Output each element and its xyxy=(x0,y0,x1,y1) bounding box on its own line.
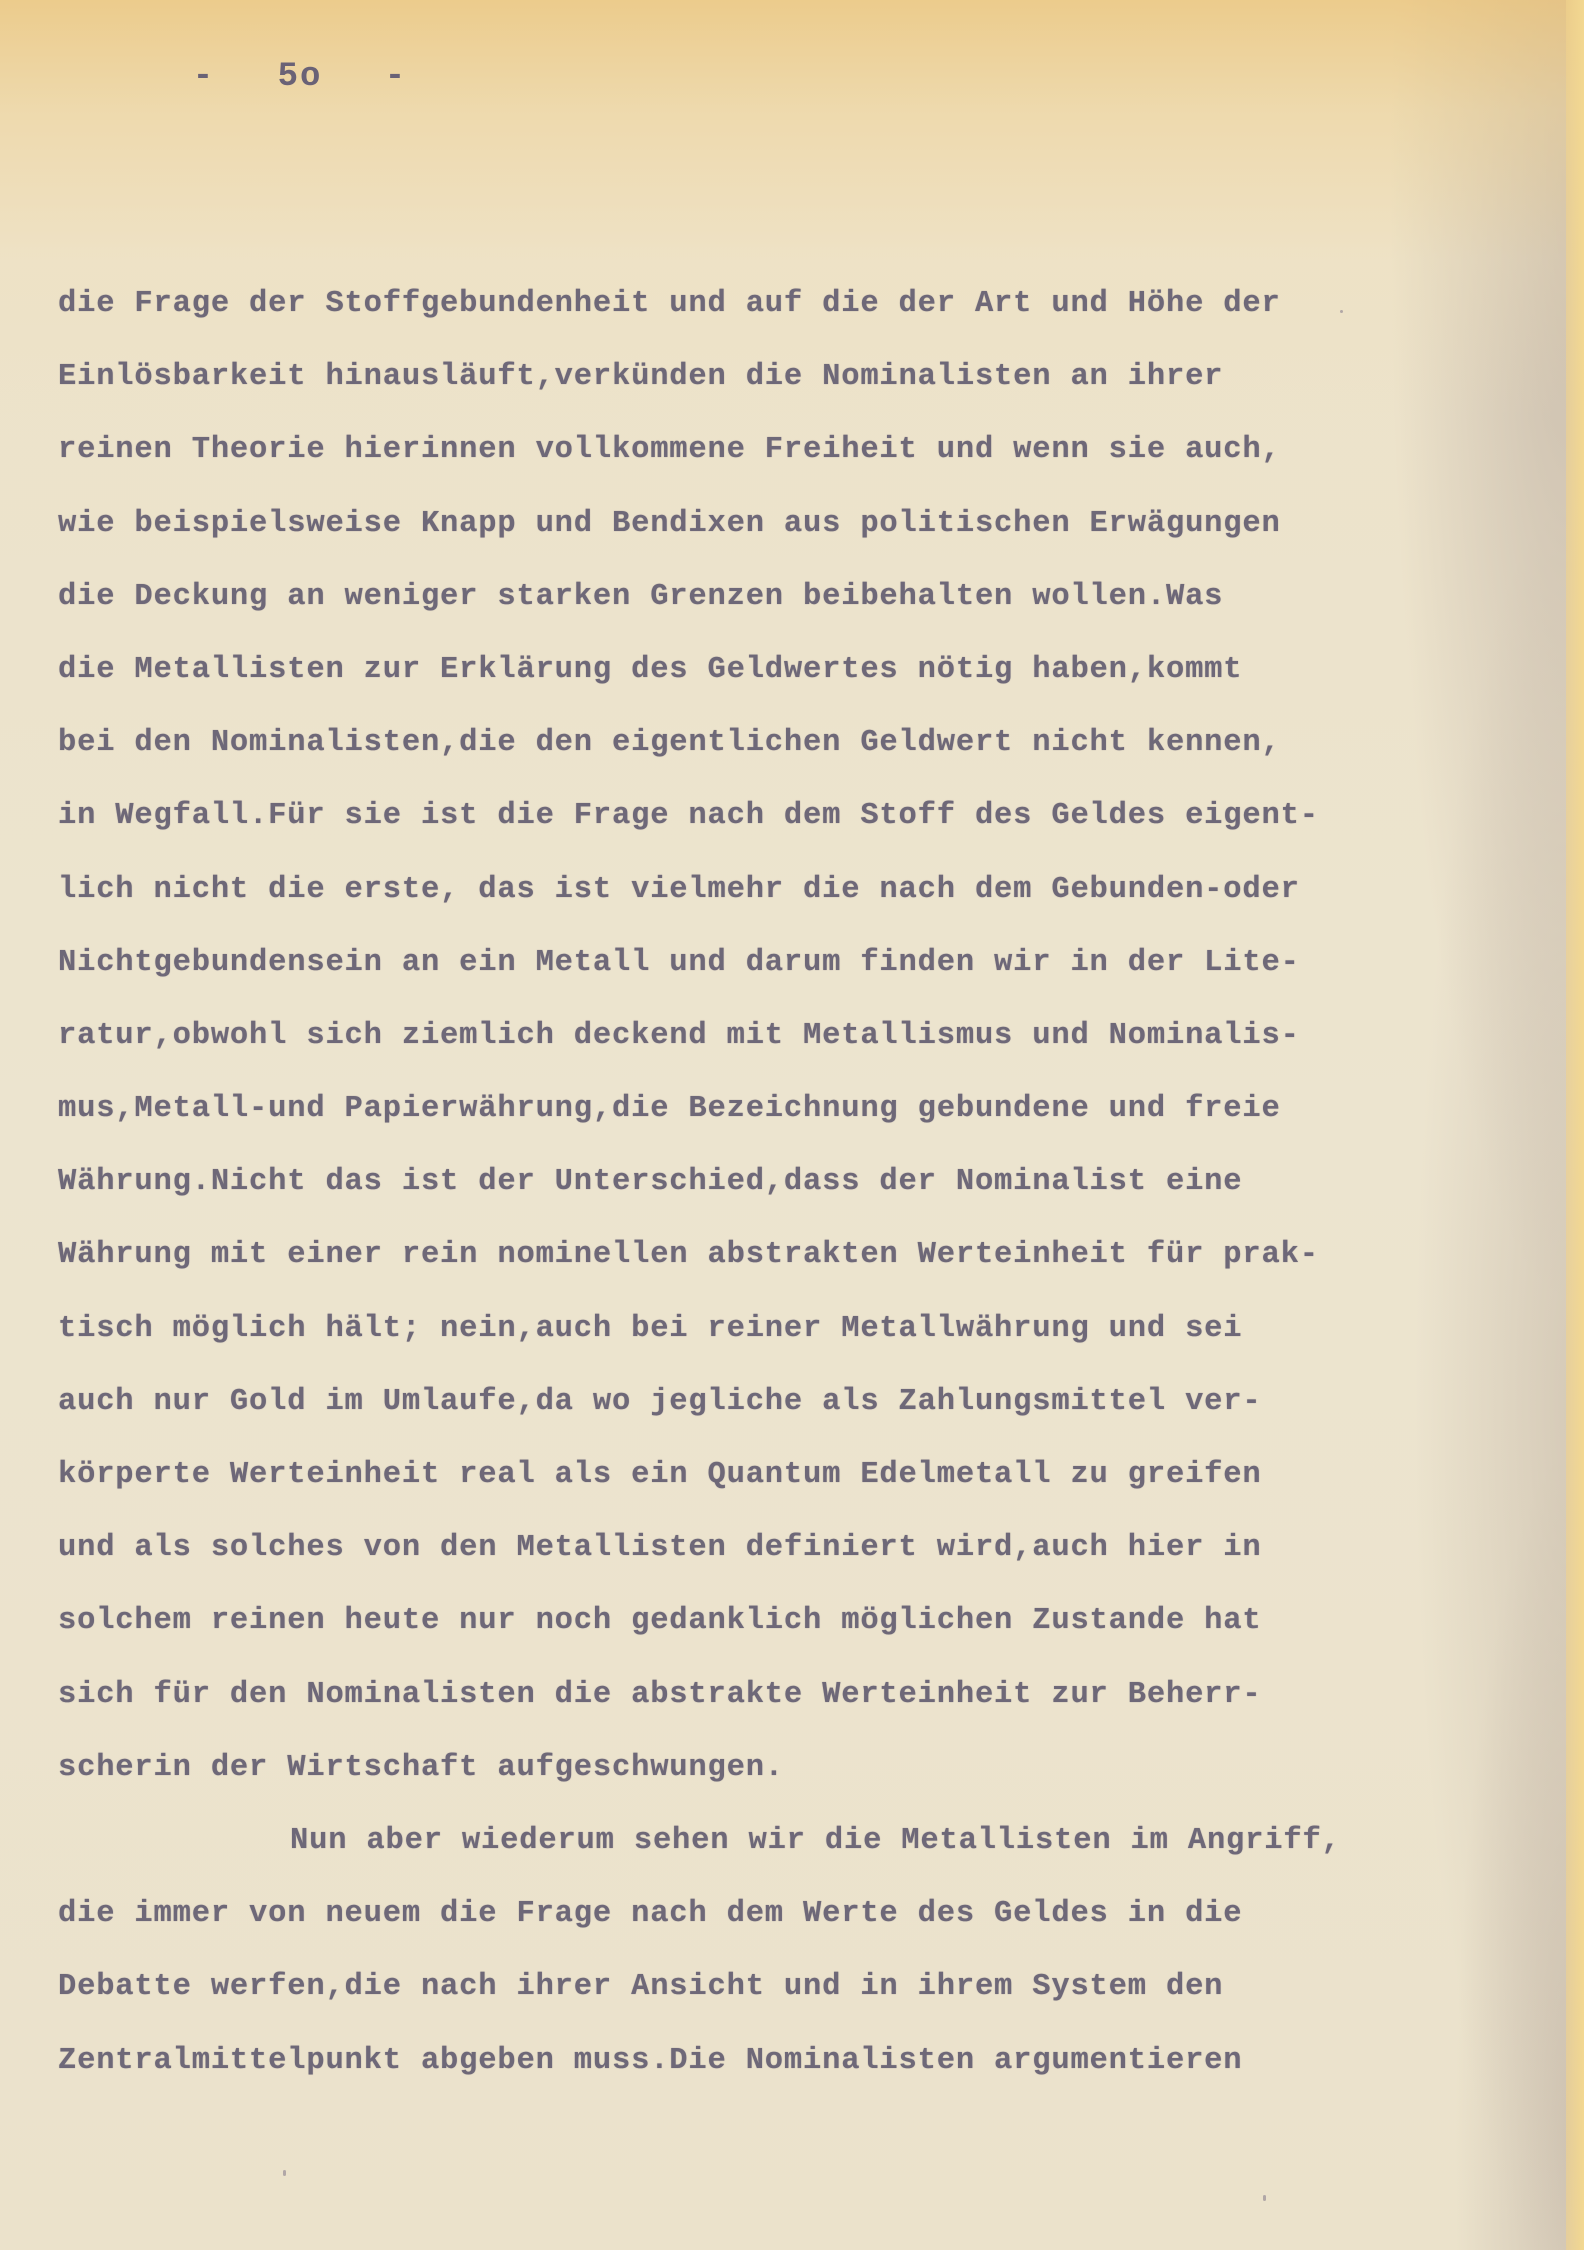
paper-speck xyxy=(283,2170,286,2176)
paper-speck xyxy=(1340,310,1343,313)
text-line: scherin der Wirtschaft aufgeschwungen. xyxy=(58,1732,1558,1805)
text-line: tisch möglich hält; nein,auch bei reiner… xyxy=(58,1293,1558,1366)
text-line: sich für den Nominalisten die abstrakte … xyxy=(58,1659,1558,1732)
text-line: die immer von neuem die Frage nach dem W… xyxy=(58,1878,1558,1951)
typewritten-text-body: die Frage der Stoffgebundenheit und auf … xyxy=(58,268,1558,2098)
text-line-indented: Nun aber wiederum sehen wir die Metallis… xyxy=(58,1805,1558,1878)
text-line: solchem reinen heute nur noch gedanklich… xyxy=(58,1585,1558,1658)
text-line: mus,Metall-und Papierwährung,die Bezeich… xyxy=(58,1073,1558,1146)
text-line: Einlösbarkeit hinausläuft,verkünden die … xyxy=(58,341,1558,414)
text-line: Währung mit einer rein nominellen abstra… xyxy=(58,1219,1558,1292)
text-line: auch nur Gold im Umlaufe,da wo jegliche … xyxy=(58,1366,1558,1439)
text-line: reinen Theorie hierinnen vollkommene Fre… xyxy=(58,414,1558,487)
text-line: wie beispielsweise Knapp und Bendixen au… xyxy=(58,488,1558,561)
text-line: Zentralmittelpunkt abgeben muss.Die Nomi… xyxy=(58,2025,1558,2098)
document-page: - 5o - die Frage der Stoffgebundenheit u… xyxy=(0,0,1584,2250)
text-line: und als solches von den Metallisten defi… xyxy=(58,1512,1558,1585)
text-line: bei den Nominalisten,die den eigentliche… xyxy=(58,707,1558,780)
paragraph-2: Nun aber wiederum sehen wir die Metallis… xyxy=(58,1805,1558,2098)
paragraph-1: die Frage der Stoffgebundenheit und auf … xyxy=(58,268,1558,1805)
text-line: Nichtgebundensein an ein Metall und daru… xyxy=(58,927,1558,1000)
text-line: Währung.Nicht das ist der Unterschied,da… xyxy=(58,1146,1558,1219)
text-line: die Deckung an weniger starken Grenzen b… xyxy=(58,561,1558,634)
text-line: die Metallisten zur Erklärung des Geldwe… xyxy=(58,634,1558,707)
text-line: ratur,obwohl sich ziemlich deckend mit M… xyxy=(58,1000,1558,1073)
page-number: - 5o - xyxy=(0,58,600,96)
text-line: Debatte werfen,die nach ihrer Ansicht un… xyxy=(58,1951,1558,2024)
text-line: lich nicht die erste, das ist vielmehr d… xyxy=(58,854,1558,927)
paper-speck xyxy=(1263,2195,1266,2201)
text-line: körperte Werteinheit real als ein Quantu… xyxy=(58,1439,1558,1512)
text-line: in Wegfall.Für sie ist die Frage nach de… xyxy=(58,780,1558,853)
paper-edge xyxy=(1566,0,1584,2250)
text-line: die Frage der Stoffgebundenheit und auf … xyxy=(58,268,1558,341)
